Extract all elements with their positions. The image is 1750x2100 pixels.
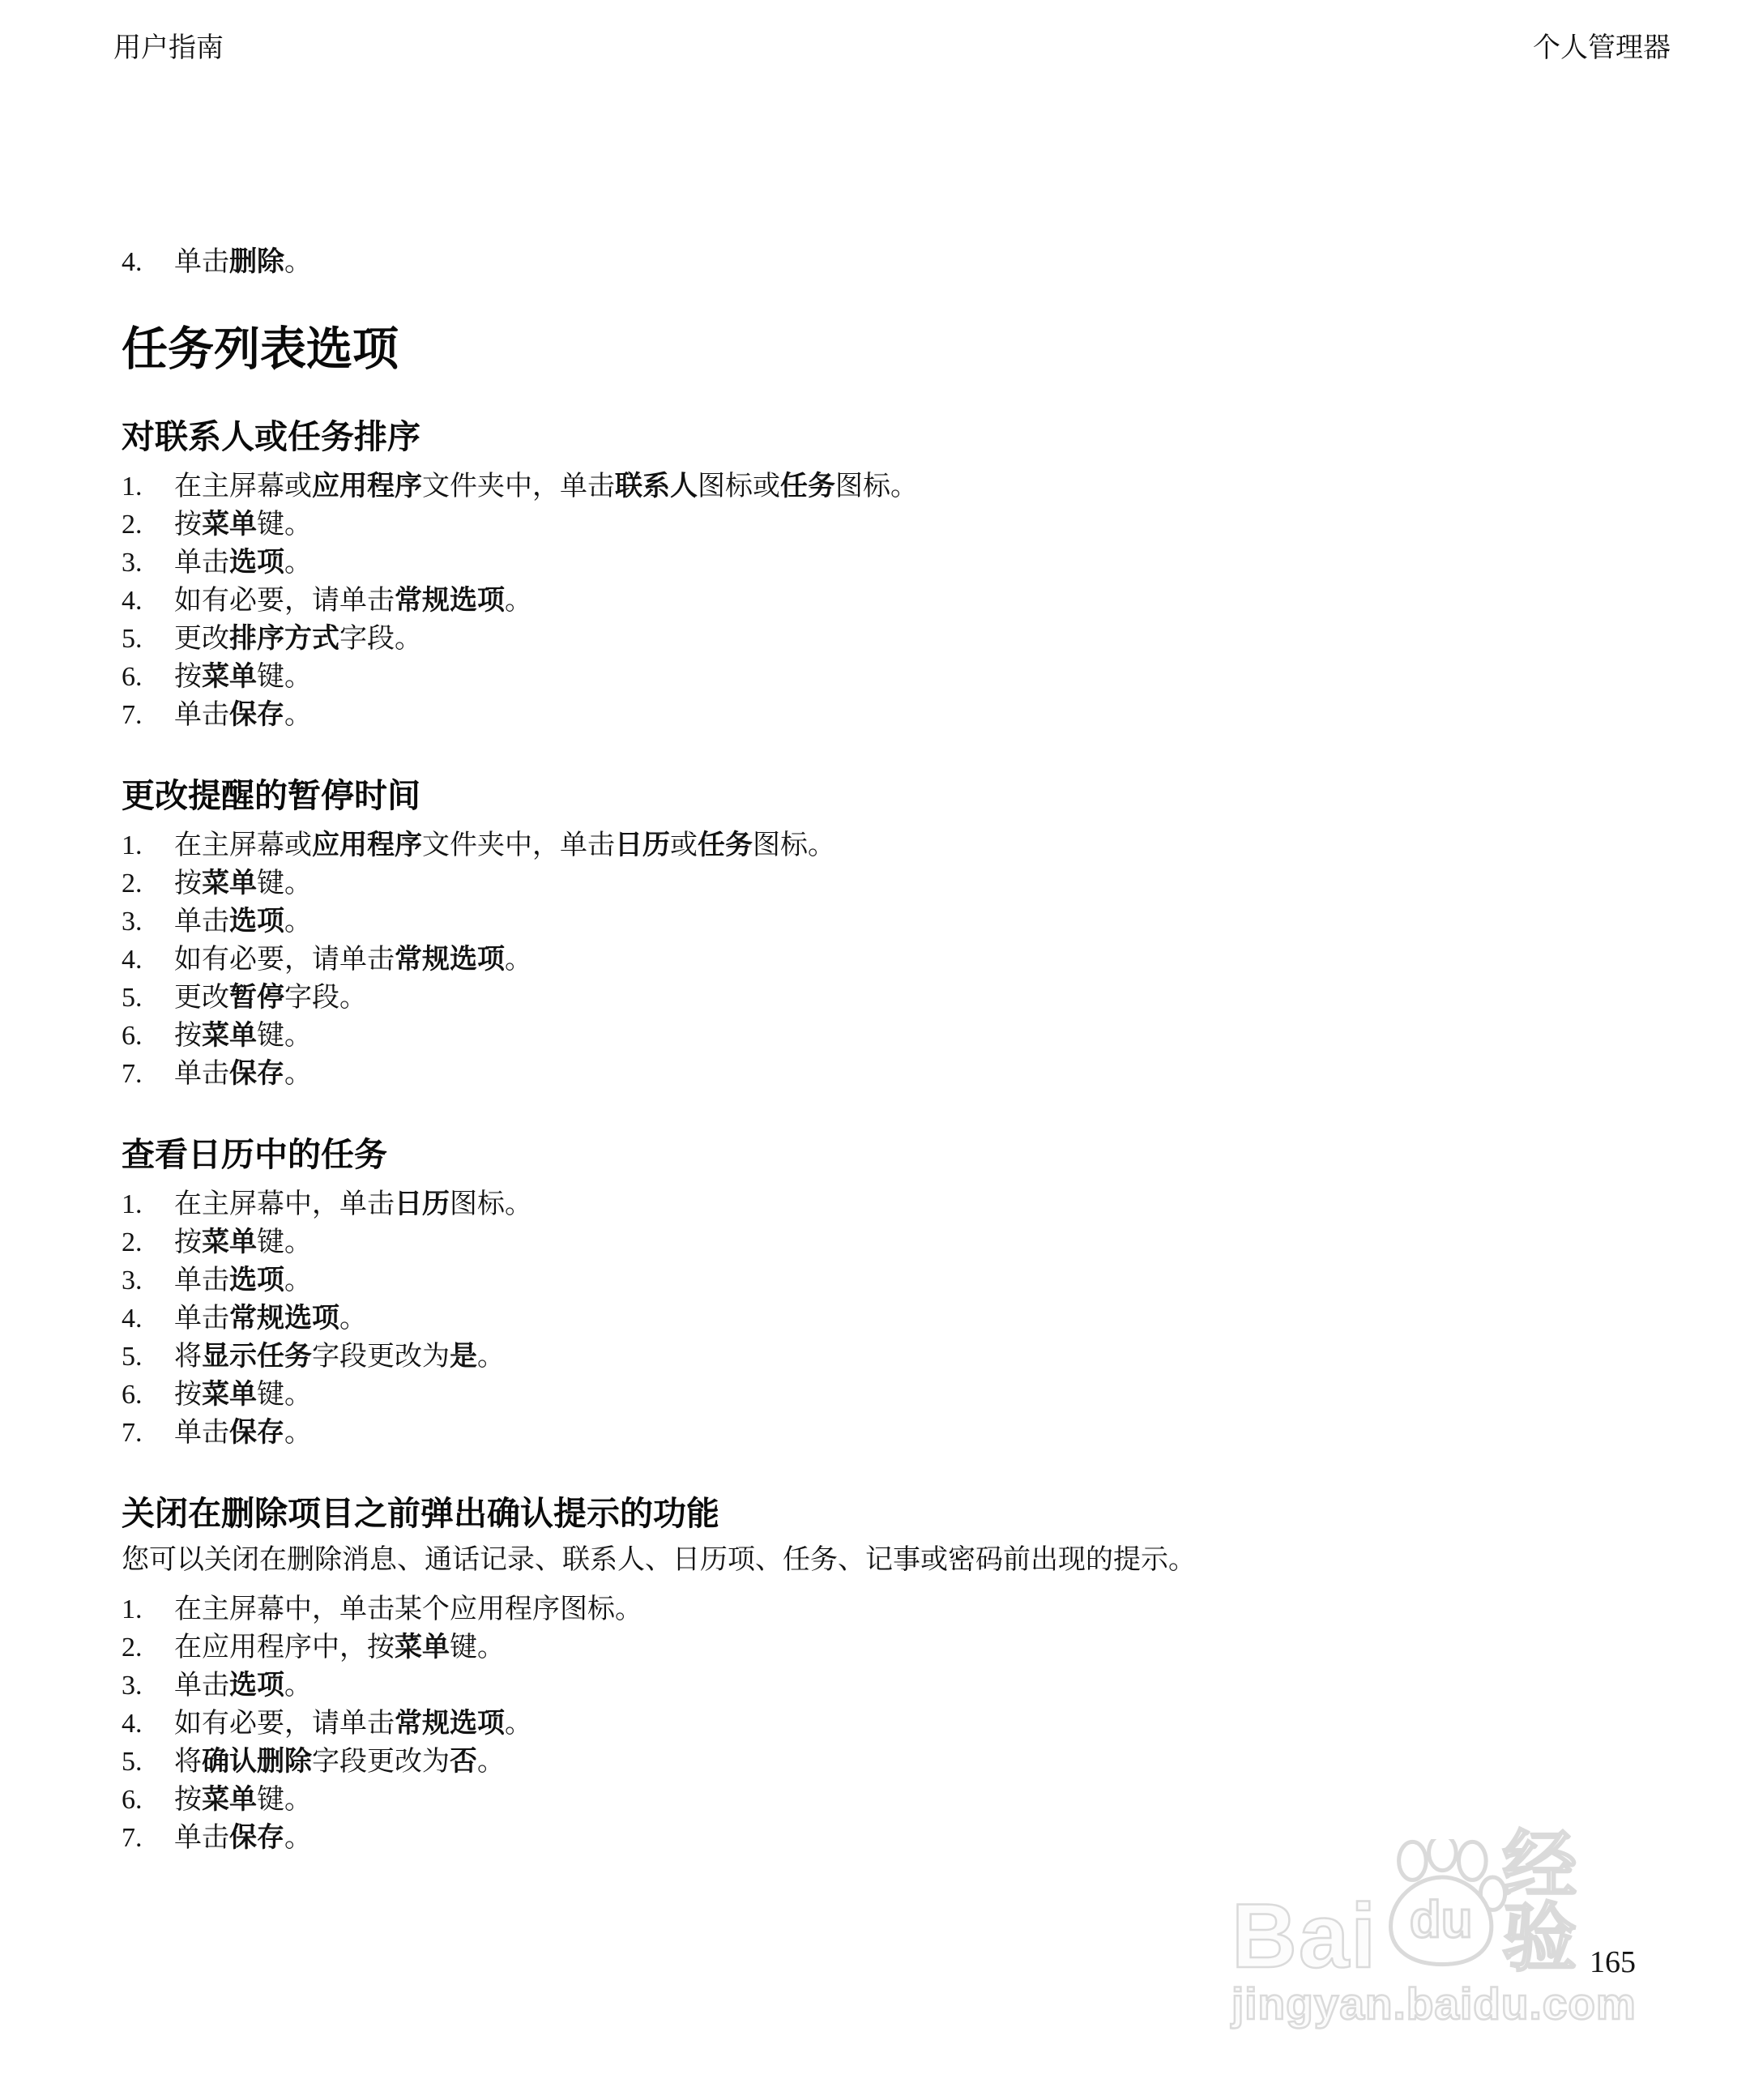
step-text: 单击常规选项。: [174, 1300, 1637, 1338]
section-title: 更改提醒的暂停时间: [122, 776, 1637, 815]
text-run: 。: [477, 1342, 505, 1372]
bold-term: 删除: [229, 246, 284, 277]
step-number: 5.: [122, 620, 174, 658]
bold-term: 选项: [229, 1670, 284, 1701]
section-list: 对联系人或任务排序1.在主屏幕或应用程序文件夹中，单击联系人图标或任务图标。2.…: [122, 417, 1637, 1857]
text-run: 更改: [174, 624, 229, 654]
step-number: 7.: [122, 1819, 174, 1857]
list-item: 2.按菜单键。: [122, 1223, 1637, 1261]
text-run: 键。: [257, 1227, 312, 1257]
svg-text:du: du: [1410, 1890, 1473, 1948]
bold-term: 应用程序: [312, 830, 422, 860]
step-list: 1.在主屏幕或应用程序文件夹中，单击日历或任务图标。2.按菜单键。3.单击选项。…: [122, 826, 1637, 1093]
step-number: 3.: [122, 544, 174, 582]
step-number: 2.: [122, 864, 174, 903]
list-item: 3.单击选项。: [122, 903, 1637, 941]
bold-term: 保存: [229, 1822, 284, 1853]
text-run: 字段更改为: [312, 1747, 450, 1777]
step-number: 1.: [122, 1185, 174, 1223]
list-item: 1.在主屏幕或应用程序文件夹中，单击日历或任务图标。: [122, 826, 1637, 864]
list-item: 6.按菜单键。: [122, 1017, 1637, 1055]
step-text: 将确认删除字段更改为否。: [174, 1743, 1637, 1781]
text-run: 键。: [450, 1633, 505, 1662]
text-run: 单击: [174, 1671, 229, 1701]
text-run: 如有必要，请单击: [174, 1709, 395, 1739]
list-item: 1.在主屏幕中，单击某个应用程序图标。: [122, 1590, 1637, 1628]
text-run: 在主屏幕或: [174, 472, 312, 502]
bold-term: 否: [450, 1746, 477, 1777]
bold-term: 菜单: [202, 509, 257, 540]
step-text: 将显示任务字段更改为是。: [174, 1338, 1637, 1376]
text-run: 单击: [174, 700, 229, 730]
bold-term: 日历: [615, 830, 670, 860]
step-text: 按菜单键。: [174, 1376, 1637, 1414]
page-header: 用户指南 个人管理器: [113, 32, 1671, 65]
text-run: 或: [670, 830, 698, 860]
text-run: 字段。: [284, 983, 367, 1013]
list-item: 1.在主屏幕中，单击日历图标。: [122, 1185, 1637, 1223]
step-text: 单击保存。: [174, 1414, 1637, 1452]
step-number: 3.: [122, 903, 174, 941]
section-title: 对联系人或任务排序: [122, 417, 1637, 456]
list-item: 5.将显示任务字段更改为是。: [122, 1338, 1637, 1376]
text-run: 按: [174, 1785, 202, 1815]
list-item: 7.单击保存。: [122, 1819, 1637, 1857]
text-run: 。: [505, 945, 532, 975]
step-text: 单击保存。: [174, 1819, 1637, 1857]
header-left-title: 用户指南: [113, 32, 224, 65]
text-run: 字段。: [339, 624, 422, 654]
bold-term: 菜单: [202, 1379, 257, 1410]
step-number: 7.: [122, 1055, 174, 1093]
list-item: 2.按菜单键。: [122, 506, 1637, 544]
page-title: 任务列表选项: [122, 323, 1637, 375]
text-run: 单击: [174, 247, 229, 277]
bold-term: 菜单: [202, 868, 257, 898]
text-run: 按: [174, 869, 202, 898]
step-text: 单击删除。: [174, 243, 1637, 281]
step-list: 1.在主屏幕或应用程序文件夹中，单击联系人图标或任务图标。2.按菜单键。3.单击…: [122, 467, 1637, 734]
text-run: 您可以关闭在删除消息、通话记录、联系人、日历项、任务、记事或密码前出现的提示。: [122, 1545, 1196, 1575]
step-number: 1.: [122, 1590, 174, 1628]
text-run: 在主屏幕或: [174, 830, 312, 860]
paw-print-icon: du: [1371, 1839, 1509, 1975]
text-run: 如有必要，请单击: [174, 586, 395, 616]
list-item: 4.如有必要，请单击常规选项。: [122, 582, 1637, 620]
step-text: 如有必要，请单击常规选项。: [174, 1705, 1637, 1743]
step-number: 6.: [122, 658, 174, 696]
text-run: 在主屏幕中，单击: [174, 1189, 395, 1219]
bold-term: 确认删除: [202, 1746, 312, 1777]
text-run: 在应用程序中，按: [174, 1633, 395, 1662]
list-item: 3.单击选项。: [122, 544, 1637, 582]
text-run: 单击: [174, 1823, 229, 1853]
step-number: 2.: [122, 1223, 174, 1261]
bold-term: 保存: [229, 699, 284, 730]
text-run: 按: [174, 1021, 202, 1051]
step-text: 单击选项。: [174, 903, 1637, 941]
text-run: 。: [284, 548, 312, 578]
step-list: 1.在主屏幕中，单击日历图标。2.按菜单键。3.单击选项。4.单击常规选项。5.…: [122, 1185, 1637, 1452]
text-run: 图标或: [698, 472, 780, 502]
list-item: 4.如有必要，请单击常规选项。: [122, 941, 1637, 979]
bold-term: 保存: [229, 1058, 284, 1089]
step-text: 按菜单键。: [174, 506, 1637, 544]
list-item: 3.单击选项。: [122, 1261, 1637, 1300]
step-text: 在主屏幕或应用程序文件夹中，单击联系人图标或任务图标。: [174, 467, 1637, 506]
bold-term: 常规选项: [229, 1303, 339, 1334]
step-number: 7.: [122, 1414, 174, 1452]
text-run: 键。: [257, 1021, 312, 1051]
text-run: 键。: [257, 869, 312, 898]
bold-term: 任务: [698, 830, 753, 860]
bold-term: 选项: [229, 906, 284, 937]
step-text: 如有必要，请单击常规选项。: [174, 582, 1637, 620]
step-number: 4.: [122, 941, 174, 979]
step-text: 单击保存。: [174, 696, 1637, 734]
text-run: 。: [284, 1059, 312, 1089]
step-text: 在主屏幕中，单击某个应用程序图标。: [174, 1590, 1637, 1628]
list-item: 4.单击删除。: [122, 243, 1637, 281]
step-text: 更改暂停字段。: [174, 979, 1637, 1017]
bold-term: 菜单: [395, 1632, 450, 1662]
step-number: 3.: [122, 1667, 174, 1705]
baidu-jingyan-watermark: Bai du 经验 jingyan.baidu.com: [1231, 1846, 1653, 2027]
text-run: 图标。: [835, 472, 918, 502]
bold-term: 显示任务: [202, 1341, 312, 1372]
text-run: 如有必要，请单击: [174, 945, 395, 975]
section-intro: 您可以关闭在删除消息、通话记录、联系人、日历项、任务、记事或密码前出现的提示。: [122, 1541, 1637, 1579]
step-text: 单击选项。: [174, 1261, 1637, 1300]
list-item: 7.单击保存。: [122, 696, 1637, 734]
text-run: 键。: [257, 1785, 312, 1815]
step-text: 按菜单键。: [174, 1223, 1637, 1261]
text-run: 。: [284, 247, 312, 277]
content: 4.单击删除。 任务列表选项 对联系人或任务排序1.在主屏幕或应用程序文件夹中，…: [122, 243, 1637, 1857]
list-item: 6.按菜单键。: [122, 1781, 1637, 1819]
list-item: 4.如有必要，请单击常规选项。: [122, 1705, 1637, 1743]
list-item: 5.将确认删除字段更改为否。: [122, 1743, 1637, 1781]
section-title: 查看日历中的任务: [122, 1135, 1637, 1174]
bold-term: 常规选项: [395, 1708, 505, 1739]
list-item: 1.在主屏幕或应用程序文件夹中，单击联系人图标或任务图标。: [122, 467, 1637, 506]
step-text: 按菜单键。: [174, 658, 1637, 696]
step-number: 4.: [122, 582, 174, 620]
text-run: 。: [505, 586, 532, 616]
text-run: 单击: [174, 1059, 229, 1089]
step-text: 在应用程序中，按菜单键。: [174, 1628, 1637, 1667]
section: 查看日历中的任务1.在主屏幕中，单击日历图标。2.按菜单键。3.单击选项。4.单…: [122, 1135, 1637, 1452]
step-number: 6.: [122, 1781, 174, 1819]
list-item: 4.单击常规选项。: [122, 1300, 1637, 1338]
step-text: 单击选项。: [174, 1667, 1637, 1705]
text-run: 。: [284, 1418, 312, 1448]
bold-term: 菜单: [202, 1020, 257, 1051]
page-number: 165: [1590, 1946, 1636, 1978]
bold-term: 是: [450, 1341, 477, 1372]
section: 更改提醒的暂停时间1.在主屏幕或应用程序文件夹中，单击日历或任务图标。2.按菜单…: [122, 776, 1637, 1093]
text-run: 单击: [174, 1304, 229, 1334]
list-item: 6.按菜单键。: [122, 1376, 1637, 1414]
text-run: 将: [174, 1747, 202, 1777]
text-run: 。: [477, 1747, 505, 1777]
text-run: 按: [174, 510, 202, 540]
bold-term: 选项: [229, 547, 284, 578]
watermark-url: jingyan.baidu.com: [1231, 1980, 1653, 2027]
bold-term: 菜单: [202, 1227, 257, 1257]
text-run: 。: [339, 1304, 367, 1334]
text-run: 键。: [257, 1380, 312, 1410]
step-list: 1.在主屏幕中，单击某个应用程序图标。2.在应用程序中，按菜单键。3.单击选项。…: [122, 1590, 1637, 1857]
text-run: 。: [284, 1266, 312, 1295]
text-run: 。: [284, 1823, 312, 1853]
bold-term: 联系人: [615, 471, 698, 502]
step-number: 7.: [122, 696, 174, 734]
text-run: 将: [174, 1342, 202, 1372]
text-run: 单击: [174, 1418, 229, 1448]
text-run: 按: [174, 1380, 202, 1410]
step-number: 3.: [122, 1261, 174, 1300]
text-run: 图标。: [753, 830, 835, 860]
text-run: 在主屏幕中，单击某个应用程序图标。: [174, 1594, 642, 1624]
text-run: 键。: [257, 510, 312, 540]
list-item: 2.在应用程序中，按菜单键。: [122, 1628, 1637, 1667]
bold-term: 暂停: [229, 982, 284, 1013]
step-number: 5.: [122, 979, 174, 1017]
step-number: 5.: [122, 1338, 174, 1376]
section: 对联系人或任务排序1.在主屏幕或应用程序文件夹中，单击联系人图标或任务图标。2.…: [122, 417, 1637, 734]
text-run: 文件夹中，单击: [422, 472, 615, 502]
text-run: 更改: [174, 983, 229, 1013]
step-text: 单击保存。: [174, 1055, 1637, 1093]
list-item: 7.单击保存。: [122, 1055, 1637, 1093]
step-number: 6.: [122, 1017, 174, 1055]
section-title: 关闭在删除项目之前弹出确认提示的功能: [122, 1494, 1637, 1533]
watermark-brand-text: Bai: [1231, 1897, 1377, 1975]
bold-term: 日历: [395, 1189, 450, 1219]
step-number: 2.: [122, 506, 174, 544]
bold-term: 菜单: [202, 1784, 257, 1815]
step-text: 在主屏幕中，单击日历图标。: [174, 1185, 1637, 1223]
step-text: 按菜单键。: [174, 1781, 1637, 1819]
step-number: 1.: [122, 826, 174, 864]
text-run: 键。: [257, 662, 312, 692]
header-right-title: 个人管理器: [1533, 32, 1671, 65]
step-number: 4.: [122, 243, 174, 281]
step-text: 单击选项。: [174, 544, 1637, 582]
step-text: 更改排序方式字段。: [174, 620, 1637, 658]
text-run: 单击: [174, 907, 229, 937]
text-run: 。: [284, 700, 312, 730]
text-run: 按: [174, 662, 202, 692]
bold-term: 应用程序: [312, 471, 422, 502]
step-number: 5.: [122, 1743, 174, 1781]
bold-term: 菜单: [202, 661, 257, 692]
list-item: 7.单击保存。: [122, 1414, 1637, 1452]
bold-term: 常规选项: [395, 944, 505, 975]
list-item: 5.更改排序方式字段。: [122, 620, 1637, 658]
bold-term: 排序方式: [229, 623, 339, 654]
bold-term: 任务: [780, 471, 835, 502]
list-item: 2.按菜单键。: [122, 864, 1637, 903]
text-run: 文件夹中，单击: [422, 830, 615, 860]
orphan-step-list: 4.单击删除。: [122, 243, 1637, 281]
bold-term: 选项: [229, 1265, 284, 1295]
bold-term: 常规选项: [395, 585, 505, 616]
step-text: 按菜单键。: [174, 1017, 1637, 1055]
text-run: 字段更改为: [312, 1342, 450, 1372]
list-item: 5.更改暂停字段。: [122, 979, 1637, 1017]
step-number: 4.: [122, 1300, 174, 1338]
list-item: 6.按菜单键。: [122, 658, 1637, 696]
section: 关闭在删除项目之前弹出确认提示的功能您可以关闭在删除消息、通话记录、联系人、日历…: [122, 1494, 1637, 1857]
step-number: 2.: [122, 1628, 174, 1667]
bold-term: 保存: [229, 1417, 284, 1448]
step-number: 4.: [122, 1705, 174, 1743]
step-number: 1.: [122, 467, 174, 506]
step-number: 6.: [122, 1376, 174, 1414]
text-run: 单击: [174, 548, 229, 578]
text-run: 单击: [174, 1266, 229, 1295]
document-page: 用户指南 个人管理器 4.单击删除。 任务列表选项 对联系人或任务排序1.在主屏…: [0, 0, 1750, 2100]
text-run: 。: [284, 907, 312, 937]
text-run: 图标。: [450, 1189, 532, 1219]
step-text: 在主屏幕或应用程序文件夹中，单击日历或任务图标。: [174, 826, 1637, 864]
step-text: 如有必要，请单击常规选项。: [174, 941, 1637, 979]
text-run: 按: [174, 1227, 202, 1257]
text-run: 。: [284, 1671, 312, 1701]
step-text: 按菜单键。: [174, 864, 1637, 903]
text-run: 。: [505, 1709, 532, 1739]
list-item: 3.单击选项。: [122, 1667, 1637, 1705]
